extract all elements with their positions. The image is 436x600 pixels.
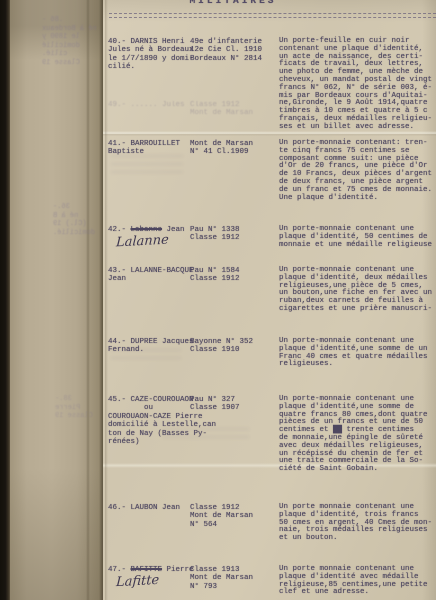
entry-description-column: Un porte-monnaie contenant uneplaque d'i…: [279, 338, 428, 369]
name-segment: Pierre: [162, 566, 194, 574]
entry-name-column: 43.- LALANNE-BACQUEJean: [108, 267, 194, 284]
entry-description-column: Un porte monnaie contenant uneplaque d'i…: [279, 504, 432, 543]
entry-name-line: Baptiste: [108, 148, 180, 156]
name-segment: 47.-: [108, 566, 131, 574]
entry-unit-line: Classe 1907: [190, 404, 240, 412]
entry-name-line: rénées): [108, 438, 216, 446]
entry-description-line: ses et un billet avec adresse.: [279, 124, 432, 132]
entry-description-column: Un porte-monnaie contenant uneplaque d'i…: [279, 267, 432, 314]
handwritten-correction: Lalanne: [116, 233, 169, 251]
entry-unit-line: N° 564: [190, 521, 253, 529]
ghost-line: Mont de Marsan: [190, 109, 253, 117]
entry-unit-column: Pau N° 1338Classe 1912: [190, 226, 240, 243]
entry-unit-line: Classe 1912: [190, 234, 240, 242]
page-title: MILITAIRES: [123, 0, 343, 6]
page-crease: [86, 0, 90, 600]
entry-name-line: Fernand.: [108, 346, 194, 354]
entry-name-line: COUROUAON-CAZE Pierre: [108, 413, 216, 421]
entry-unit-line: Mont de Marsan: [190, 512, 253, 520]
entry-name-line: domicilié à Lestelle,can: [108, 421, 216, 429]
entry-name-column: 42.- Labanne JeanLalanne: [108, 226, 185, 234]
ink-showthrough-smudge: [111, 155, 183, 173]
entry-unit-column: Pau N° 327Classe 1907: [190, 396, 240, 413]
entry-name-line: le 1/7/1890 y domi-: [108, 55, 194, 63]
entry-name-line: Jules né à Bordeaux: [108, 46, 194, 54]
divider-line: [109, 13, 436, 18]
horizontal-crease: [103, 131, 436, 136]
entry-description-column: Un porte-monnaie contenant uneplaque d'i…: [279, 396, 428, 474]
ghost-line: 49.- ...... Jules: [108, 101, 185, 109]
entry-unit-line: Classe 1912: [190, 275, 240, 283]
bleedthrough-text: 36.- né à B (Cl.) 19 domicilié.: [53, 203, 95, 237]
entry-unit-line: 12e Cie Cl. 1910: [190, 46, 262, 54]
entry-description-line: religieuses.: [279, 361, 428, 369]
entry-name-line: Jean: [108, 275, 194, 283]
entry-unit-line: Classe 1910: [190, 346, 253, 354]
entry-unit-column: Pau N° 1584Classe 1912: [190, 267, 240, 284]
entry-description-column: Un porte-feuille en cuir noircontenant u…: [279, 38, 432, 132]
document-page: MILITAIRES 40.- DARNIS HenriJules né à B…: [103, 0, 436, 600]
entry-name-column: 47.- BAFITTE PierreLafitte: [108, 566, 194, 574]
bleedthrough-text: 38.- Pierre Classe 19: [55, 395, 93, 421]
entry-unit-line: N° 41 Cl.1909: [190, 148, 253, 156]
entry-unit-line: Mont de Marsan: [190, 574, 253, 582]
entry-description-line: Une plaque d'identité.: [279, 195, 432, 203]
entry-name-column: 46.- LAUBON Jean: [108, 504, 180, 512]
ghost-unit-column: Classe 1912Mont de Marsan: [190, 101, 253, 118]
ghost-name-column: 49.- ...... Jules: [108, 101, 185, 109]
bleedthrough-text: .86 - né à Bordeaux le 1890 y domicilié …: [42, 16, 97, 67]
ghost-line: Classe 1912: [190, 101, 253, 109]
name-segment: 42.-: [108, 226, 131, 234]
entry-unit-column: 49e d'infanterie12e Cie Cl. 1910Bordeaux…: [190, 38, 262, 63]
entry-name-column: 44.- DUPREE JacquesFernand.: [108, 338, 194, 355]
entry-name-line: ton de Nay (Basses Py-: [108, 430, 216, 438]
entry-description-column: Un porte monnaie contenant uneplaque d'i…: [279, 566, 428, 597]
handwritten-correction: Lafitte: [116, 573, 160, 590]
entry-unit-column: Classe 1913Mont de MarsanN° 793: [190, 566, 253, 591]
entry-unit-column: Mont de MarsanN° 41 Cl.1909: [190, 140, 253, 157]
entry-description-column: Un porte-monnaie contenant: tren-te cinq…: [279, 140, 432, 202]
entry-name-column: 41.- BARROUILLETBaptiste: [108, 140, 180, 157]
entry-name-line: cilié.: [108, 63, 194, 71]
entry-unit-column: Classe 1912Mont de MarsanN° 564: [190, 504, 253, 529]
book-binding-edge: [0, 0, 10, 600]
entry-description-column: Un porte-monnaie contenant uneplaque d'i…: [279, 226, 432, 249]
entry-description-line: ciété de Saint Gobain.: [279, 466, 428, 474]
entry-name-line: 46.- LAUBON Jean: [108, 504, 180, 512]
entry-description-line: et un bouton.: [279, 535, 432, 543]
entry-description-line: cigarettes et une prière manuscri-: [279, 306, 432, 314]
entry-unit-line: Bordeaux N° 2814: [190, 55, 262, 63]
entry-name-column: 40.- DARNIS HenriJules né à Bordeauxle 1…: [108, 38, 194, 72]
previous-page-edge: .86 - né à Bordeaux le 1890 y domicilié …: [10, 0, 103, 600]
entry-unit-line: N° 793: [190, 583, 253, 591]
entry-description-line: monnaie et une médaille religieuse: [279, 242, 432, 250]
entry-unit-column: Bayonne N° 352Classe 1910: [190, 338, 253, 355]
entry-description-line: clef et une adresse.: [279, 589, 428, 597]
